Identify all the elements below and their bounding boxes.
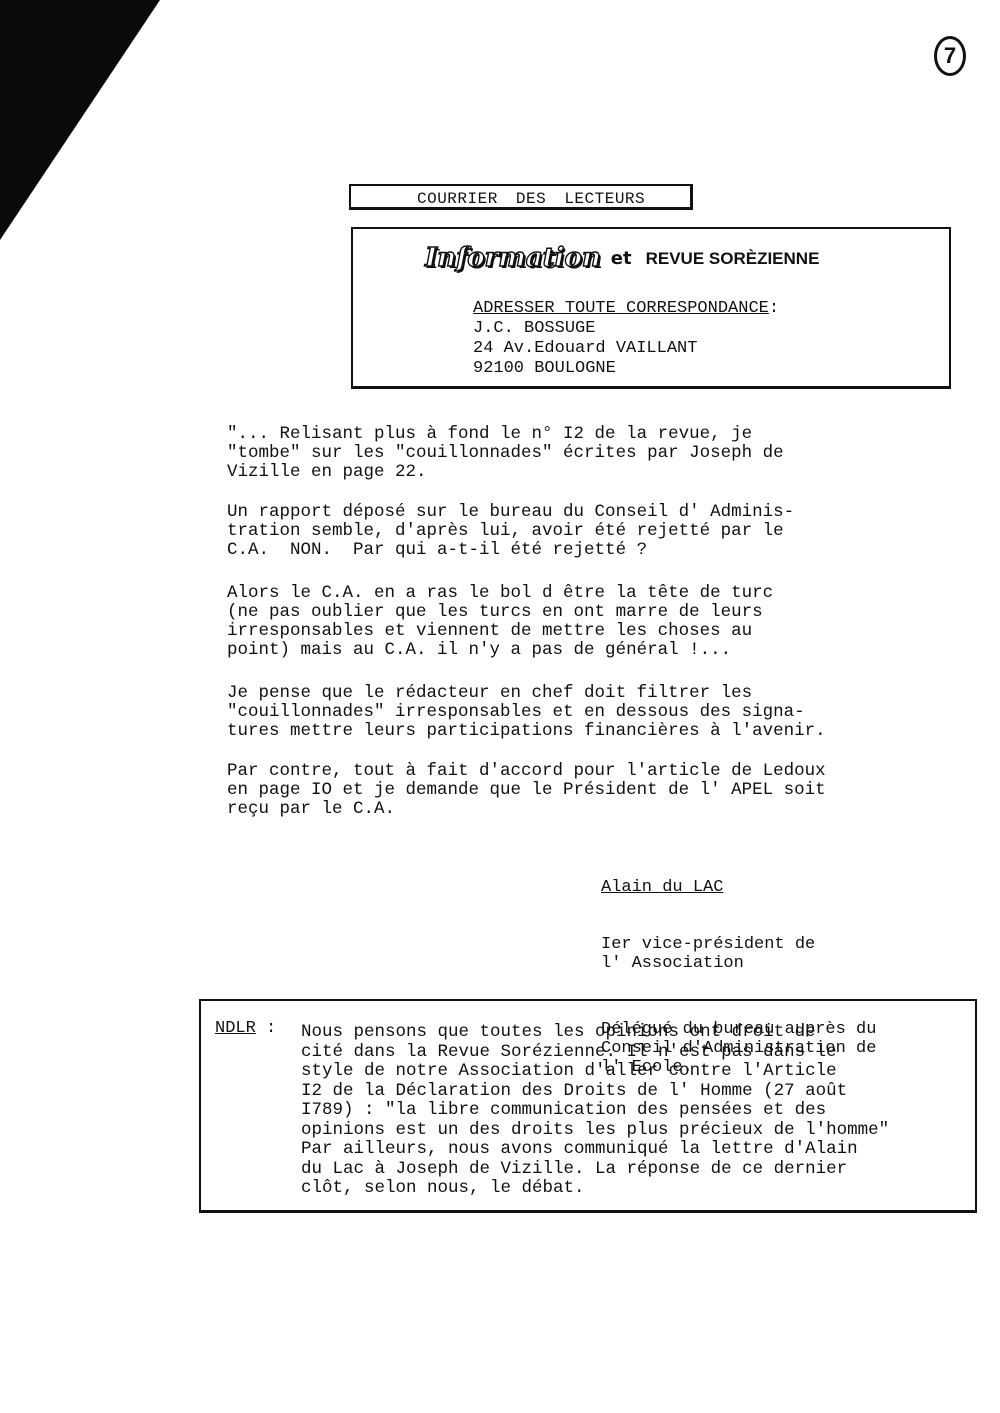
editor-note-separator: :: [256, 1019, 276, 1038]
masthead-brand: InformationetREVUE SORÈZIENNE: [425, 243, 819, 273]
address-colon: :: [769, 299, 779, 318]
scan-edge-shadow: [0, 0, 160, 240]
letter-paragraph: Je pense que le rédacteur en chef doit f…: [227, 684, 927, 741]
brand-name: REVUE SORÈZIENNE: [646, 249, 820, 268]
address-block: ADRESSER TOUTE CORRESPONDANCE: J.C. BOSS…: [473, 299, 779, 379]
signature-name: Alain du LAC: [601, 878, 876, 897]
signature-title: Ier vice-président de l' Association: [601, 935, 876, 973]
editor-note-text: Nous pensons que toutes les opinions ont…: [301, 1023, 889, 1199]
editor-note-label-text: NDLR: [215, 1019, 256, 1038]
editor-note-label: NDLR :: [215, 1019, 276, 1038]
address-line: 92100 BOULOGNE: [473, 359, 779, 379]
brand-logo-script: Information: [425, 243, 601, 273]
letter-paragraph: "... Relisant plus à fond le n° I2 de la…: [227, 425, 927, 482]
page-number: 7: [934, 36, 966, 76]
address-line: J.C. BOSSUGE: [473, 319, 779, 339]
address-label: ADRESSER TOUTE CORRESPONDANCE: [473, 299, 769, 318]
brand-connector: et: [611, 248, 632, 269]
letter-paragraph: Par contre, tout à fait d'accord pour l'…: [227, 762, 927, 819]
address-line: 24 Av.Edouard VAILLANT: [473, 339, 779, 359]
letter-paragraph: Alors le C.A. en a ras le bol d être la …: [227, 584, 927, 660]
masthead-box: InformationetREVUE SORÈZIENNE ADRESSER T…: [351, 227, 951, 389]
section-title: COURRIER DES LECTEURS: [349, 184, 693, 210]
editor-note-box: NDLR : Nous pensons que toutes les opini…: [199, 999, 977, 1213]
letter-paragraph: Un rapport déposé sur le bureau du Conse…: [227, 503, 927, 560]
